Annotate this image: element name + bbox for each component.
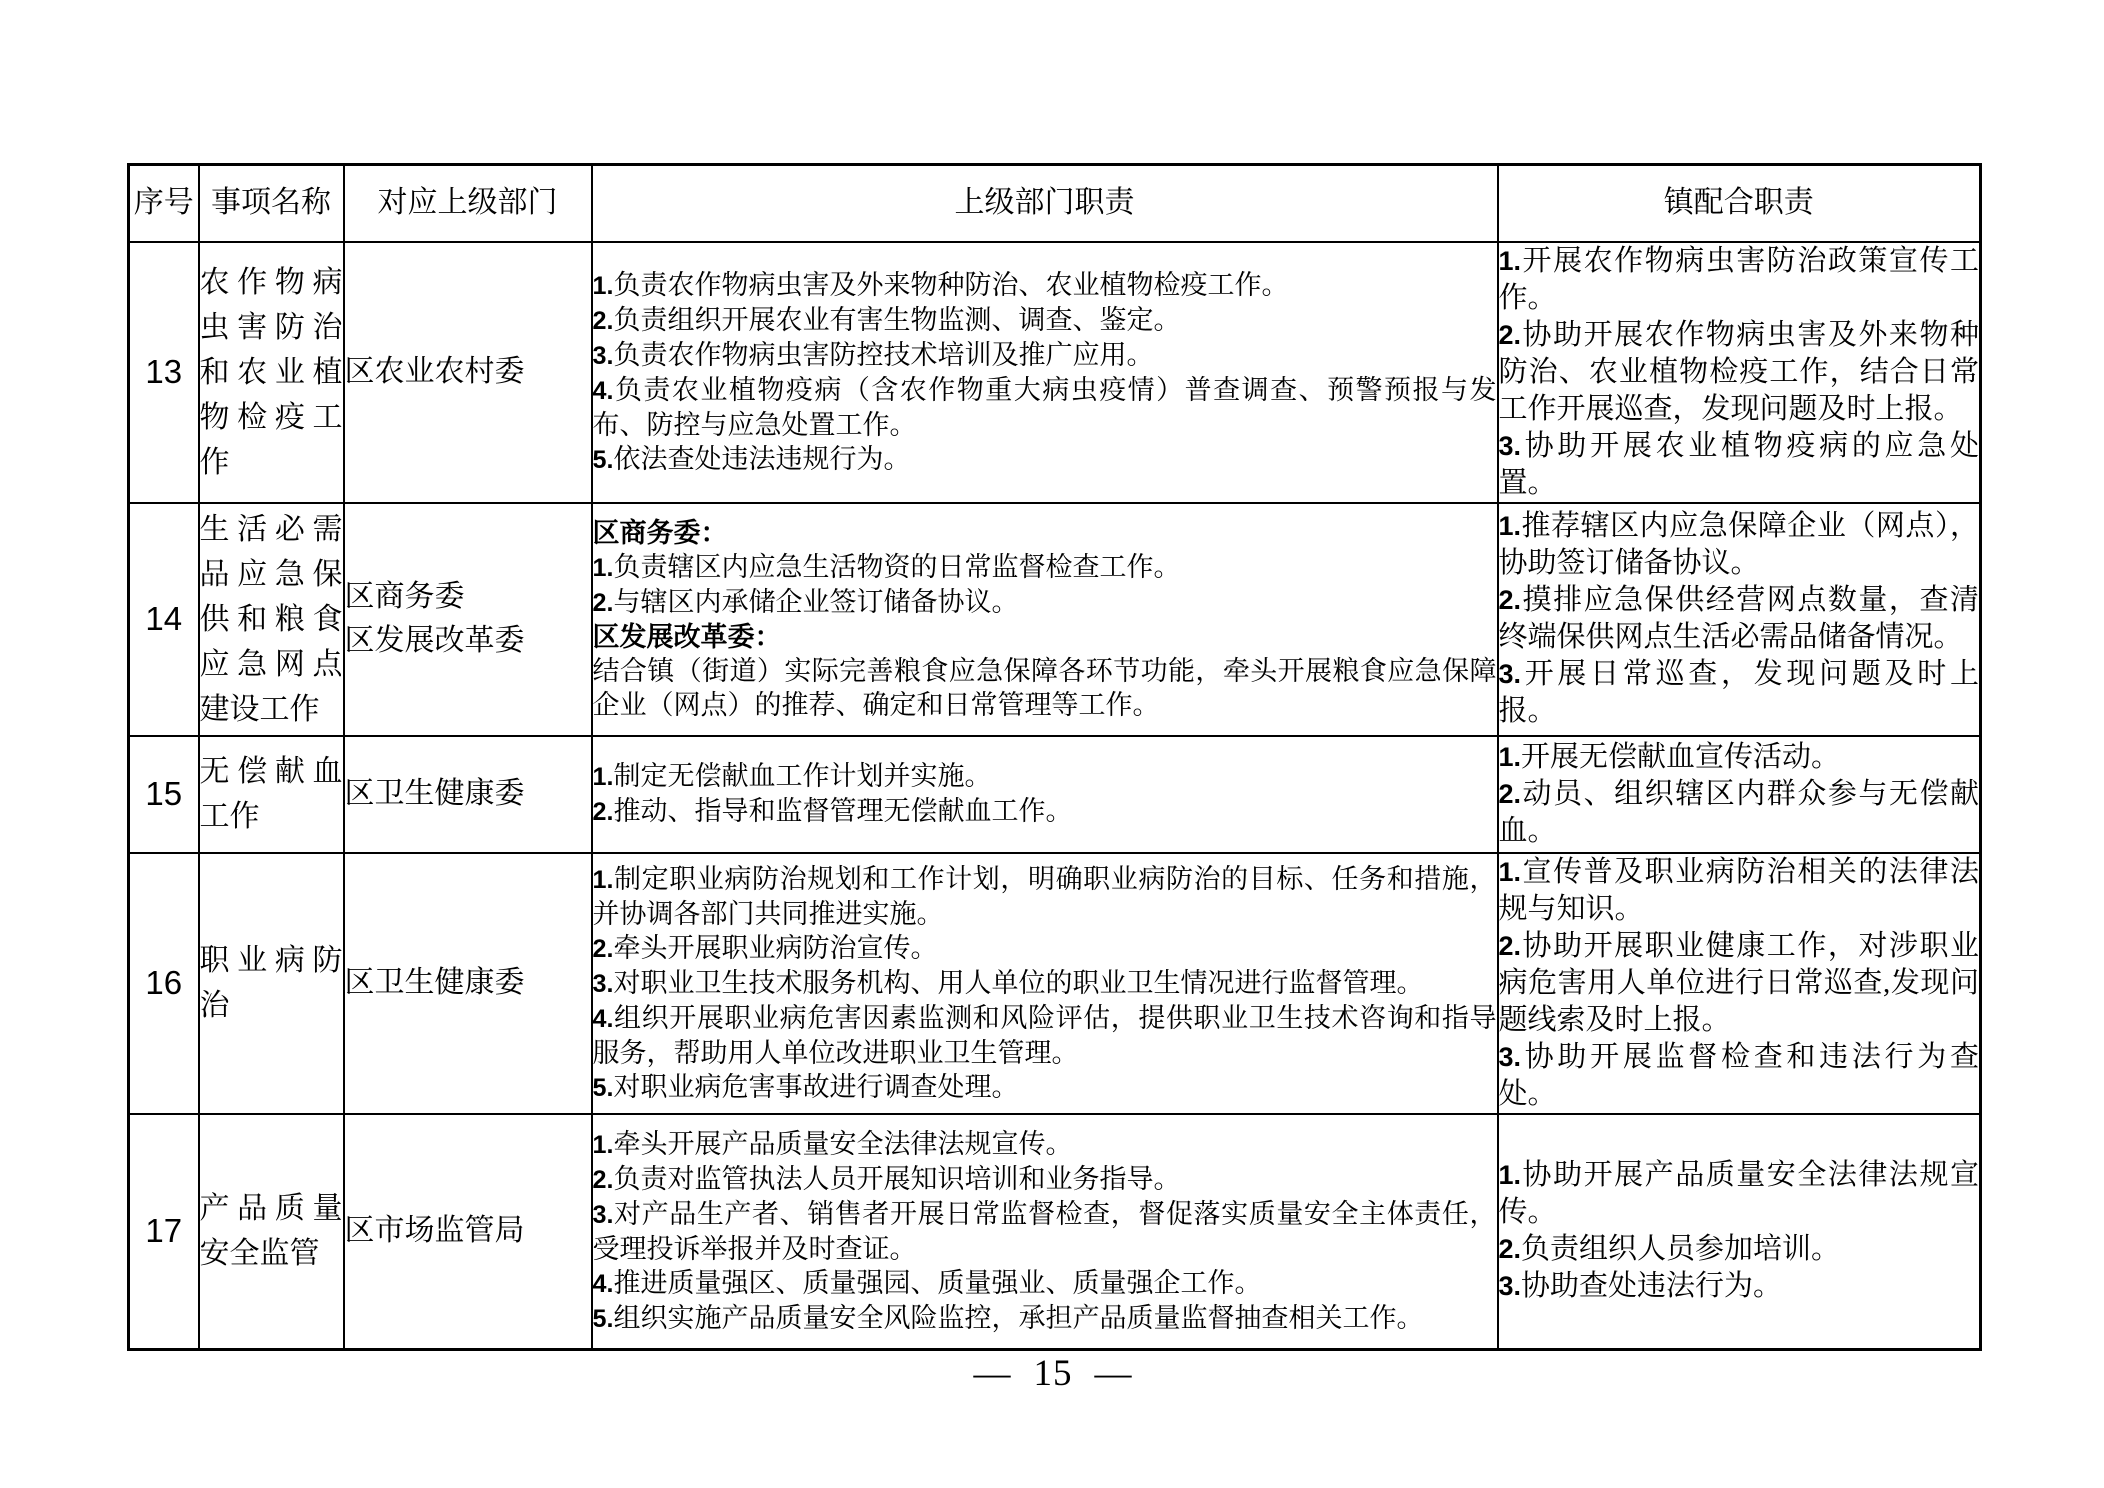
- duty-heading: 区发展改革委：: [593, 620, 1497, 654]
- town-duties-cell: 1.协助开展产品质量安全法律法规宣传。2.负责组织人员参加培训。3.协助查处违法…: [1498, 1114, 1981, 1350]
- responsibility-table: 序号 事项名称 对应上级部门 上级部门职责 镇配合职责 13农作物病虫害防治和农…: [127, 163, 1982, 1351]
- superior-duties-cell: 1.制定无偿献血工作计划并实施。2.推动、指导和监督管理无偿献血工作。: [592, 736, 1498, 853]
- duty-item: 1.负责农作物病虫害及外来物种防治、农业植物检疫工作。: [593, 268, 1497, 303]
- table-row: 15无偿献血工作区卫生健康委1.制定无偿献血工作计划并实施。2.推动、指导和监督…: [129, 736, 1981, 853]
- duty-item-number: 3.: [1499, 659, 1522, 689]
- superior-department: 区卫生健康委: [345, 772, 591, 816]
- duty-item: 4.组织开展职业病危害因素监测和风险评估，提供职业卫生技术咨询和指导服务，帮助用…: [593, 1001, 1497, 1070]
- superior-duties-cell: 1.牵头开展产品质量安全法律法规宣传。2.负责对监管执法人员开展知识培训和业务指…: [592, 1114, 1498, 1350]
- duty-item: 3.协助开展农业植物疫病的应急处置。: [1499, 428, 1980, 502]
- item-name-cell: 无偿献血工作: [199, 736, 344, 853]
- duty-item-number: 1.: [593, 272, 614, 300]
- table-row: 17产品质量安全监管区市场监管局1.牵头开展产品质量安全法律法规宣传。2.负责对…: [129, 1114, 1981, 1350]
- header-row: 序号 事项名称 对应上级部门 上级部门职责 镇配合职责: [129, 165, 1981, 242]
- footer-right-dash: —: [1095, 1353, 1133, 1394]
- town-duties-cell: 1.推荐辖区内应急保障企业（网点），协助签订储备协议。2.摸排应急保供经营网点数…: [1498, 503, 1981, 736]
- duty-item: 2.协助开展职业健康工作，对涉职业病危害用人单位进行日常巡查,发现问题线索及时上…: [1499, 928, 1980, 1039]
- duty-item: 3.开展日常巡查，发现问题及时上报。: [1499, 656, 1980, 730]
- duty-item-number: 3.: [1499, 1042, 1522, 1072]
- row-serial-number: 13: [129, 242, 199, 503]
- superior-department-cell: 区农业农村委: [344, 242, 592, 503]
- header-cell-superior-department: 对应上级部门: [344, 165, 592, 242]
- superior-duties-cell: 1.制定职业病防治规划和工作计划，明确职业病防治的目标、任务和措施，并协调各部门…: [592, 853, 1498, 1114]
- duty-item-number: 2.: [593, 589, 614, 617]
- item-name-cell: 农作物病虫害防治和农业植物检疫工作: [199, 242, 344, 503]
- item-name: 农作物病虫害防治和农业植物检疫工作: [200, 260, 343, 485]
- duty-item-number: 3.: [593, 1201, 614, 1229]
- superior-duties-cell: 1.负责农作物病虫害及外来物种防治、农业植物检疫工作。2.负责组织开展农业有害生…: [592, 242, 1498, 503]
- duty-item-number: 3.: [1499, 431, 1522, 461]
- item-name: 产品质量安全监管: [200, 1186, 343, 1276]
- duty-item-number: 4.: [593, 377, 614, 405]
- duty-item-number: 1.: [1499, 511, 1522, 541]
- duty-item: 3.对产品生产者、销售者开展日常监督检查，督促落实质量安全主体责任，受理投诉举报…: [593, 1197, 1497, 1266]
- duty-item-number: 1.: [593, 763, 614, 791]
- header-cell-town-duties: 镇配合职责: [1498, 165, 1981, 242]
- duty-item-number: 3.: [1499, 1271, 1522, 1301]
- duty-item: 4.推进质量强区、质量强园、质量强业、质量强企工作。: [593, 1266, 1497, 1301]
- duty-item: 2.负责组织开展农业有害生物监测、调查、鉴定。: [593, 303, 1497, 338]
- superior-department: 区发展改革委: [345, 619, 591, 663]
- duty-item-number: 5.: [593, 1305, 614, 1333]
- duty-item-number: 1.: [1499, 742, 1522, 772]
- table-row: 16职业病防治区卫生健康委1.制定职业病防治规划和工作计划，明确职业病防治的目标…: [129, 853, 1981, 1114]
- duty-item: 2.协助开展农作物病虫害及外来物种防治、农业植物检疫工作，结合日常工作开展巡查，…: [1499, 317, 1980, 428]
- page-footer: —15—: [127, 1352, 1979, 1395]
- superior-department: 区商务委: [345, 575, 591, 619]
- table-header: 序号 事项名称 对应上级部门 上级部门职责 镇配合职责: [129, 165, 1981, 242]
- item-name: 无偿献血工作: [200, 749, 343, 839]
- footer-left-dash: —: [974, 1353, 1012, 1394]
- duty-item-number: 2.: [1499, 931, 1522, 961]
- duty-item-number: 1.: [593, 866, 614, 894]
- duty-item-number: 1.: [593, 554, 614, 582]
- header-cell-superior-duties: 上级部门职责: [592, 165, 1498, 242]
- superior-department: 区市场监管局: [345, 1209, 591, 1253]
- duty-item: 2.与辖区内承储企业签订储备协议。: [593, 585, 1497, 620]
- duty-item: 1.负责辖区内应急生活物资的日常监督检查工作。: [593, 550, 1497, 585]
- duty-item-number: 2.: [1499, 320, 1522, 350]
- duty-item: 1.制定职业病防治规划和工作计划，明确职业病防治的目标、任务和措施，并协调各部门…: [593, 862, 1497, 931]
- duty-item-number: 1.: [1499, 246, 1522, 276]
- superior-department-cell: 区市场监管局: [344, 1114, 592, 1350]
- table-row: 13农作物病虫害防治和农业植物检疫工作区农业农村委1.负责农作物病虫害及外来物种…: [129, 242, 1981, 503]
- item-name-cell: 生活必需品应急保供和粮食应急网点建设工作: [199, 503, 344, 736]
- superior-department-cell: 区卫生健康委: [344, 736, 592, 853]
- duty-item-number: 5.: [593, 1074, 614, 1102]
- row-serial-number: 15: [129, 736, 199, 853]
- duty-item-number: 2.: [593, 1166, 614, 1194]
- duty-item: 1.宣传普及职业病防治相关的法律法规与知识。: [1499, 854, 1980, 928]
- duty-item: 5.依法查处违法违规行为。: [593, 442, 1497, 477]
- document-page: 序号 事项名称 对应上级部门 上级部门职责 镇配合职责 13农作物病虫害防治和农…: [0, 0, 2104, 1488]
- town-duties-cell: 1.宣传普及职业病防治相关的法律法规与知识。2.协助开展职业健康工作，对涉职业病…: [1498, 853, 1981, 1114]
- duty-item: 1.开展农作物病虫害防治政策宣传工作。: [1499, 243, 1980, 317]
- superior-department: 区农业农村委: [345, 350, 591, 394]
- duty-item-number: 4.: [593, 1270, 614, 1298]
- duty-item: 1.牵头开展产品质量安全法律法规宣传。: [593, 1127, 1497, 1162]
- town-duties-cell: 1.开展农作物病虫害防治政策宣传工作。2.协助开展农作物病虫害及外来物种防治、农…: [1498, 242, 1981, 503]
- duty-item-number: 1.: [1499, 1160, 1522, 1190]
- duty-item: 1.开展无偿献血宣传活动。: [1499, 739, 1980, 776]
- superior-duties-cell: 区商务委：1.负责辖区内应急生活物资的日常监督检查工作。2.与辖区内承储企业签订…: [592, 503, 1498, 736]
- item-name-cell: 职业病防治: [199, 853, 344, 1114]
- duty-item: 2.负责对监管执法人员开展知识培训和业务指导。: [593, 1162, 1497, 1197]
- item-name: 职业病防治: [200, 938, 343, 1028]
- superior-department: 区卫生健康委: [345, 961, 591, 1005]
- header-cell-serial-number: 序号: [129, 165, 199, 242]
- duty-item-number: 3.: [593, 970, 614, 998]
- duty-item-number: 2.: [593, 798, 614, 826]
- duty-item-number: 5.: [593, 446, 614, 474]
- duty-item: 5.组织实施产品质量安全风险监控，承担产品质量监督抽查相关工作。: [593, 1301, 1497, 1336]
- duty-item: 3.对职业卫生技术服务机构、用人单位的职业卫生情况进行监督管理。: [593, 966, 1497, 1001]
- duty-item-number: 3.: [593, 342, 614, 370]
- duty-item: 2.动员、组织辖区内群众参与无偿献血。: [1499, 776, 1980, 850]
- duty-item: 2.牵头开展职业病防治宣传。: [593, 931, 1497, 966]
- duty-item-number: 1.: [1499, 857, 1522, 887]
- duty-item: 结合镇（街道）实际完善粮食应急保障各环节功能，牵头开展粮食应急保障企业（网点）的…: [593, 654, 1497, 722]
- duty-item-number: 1.: [593, 1131, 614, 1159]
- duty-item: 5.对职业病危害事故进行调查处理。: [593, 1070, 1497, 1105]
- duty-item: 4.负责农业植物疫病（含农作物重大病虫疫情）普查调查、预警预报与发布、防控与应急…: [593, 373, 1497, 442]
- row-serial-number: 16: [129, 853, 199, 1114]
- duty-item: 1.制定无偿献血工作计划并实施。: [593, 759, 1497, 794]
- table-body: 13农作物病虫害防治和农业植物检疫工作区农业农村委1.负责农作物病虫害及外来物种…: [129, 242, 1981, 1350]
- duty-item: 1.推荐辖区内应急保障企业（网点），协助签订储备协议。: [1499, 508, 1980, 582]
- duty-item-number: 2.: [593, 307, 614, 335]
- header-cell-item-name: 事项名称: [199, 165, 344, 242]
- town-duties-cell: 1.开展无偿献血宣传活动。2.动员、组织辖区内群众参与无偿献血。: [1498, 736, 1981, 853]
- duty-item: 2.摸排应急保供经营网点数量，查清终端保供网点生活必需品储备情况。: [1499, 582, 1980, 656]
- duty-item-number: 4.: [593, 1005, 614, 1033]
- duty-item: 1.协助开展产品质量安全法律法规宣传。: [1499, 1157, 1980, 1231]
- duty-item: 3.协助查处违法行为。: [1499, 1268, 1980, 1305]
- duty-item: 2.推动、指导和监督管理无偿献血工作。: [593, 794, 1497, 829]
- duty-item: 2.负责组织人员参加培训。: [1499, 1231, 1980, 1268]
- duty-item-number: 2.: [1499, 779, 1522, 809]
- duty-item-number: 2.: [593, 935, 614, 963]
- item-name-cell: 产品质量安全监管: [199, 1114, 344, 1350]
- page-number: 15: [1034, 1353, 1073, 1394]
- duty-heading: 区商务委：: [593, 516, 1497, 550]
- duty-item: 3.负责农作物病虫害防控技术培训及推广应用。: [593, 338, 1497, 373]
- item-name: 生活必需品应急保供和粮食应急网点建设工作: [200, 507, 343, 732]
- superior-department-cell: 区卫生健康委: [344, 853, 592, 1114]
- superior-department-cell: 区商务委区发展改革委: [344, 503, 592, 736]
- duty-item-number: 2.: [1499, 1234, 1522, 1264]
- duty-item: 3.协助开展监督检查和违法行为查处。: [1499, 1039, 1980, 1113]
- row-serial-number: 14: [129, 503, 199, 736]
- table-row: 14生活必需品应急保供和粮食应急网点建设工作区商务委区发展改革委区商务委：1.负…: [129, 503, 1981, 736]
- row-serial-number: 17: [129, 1114, 199, 1350]
- duty-item-number: 2.: [1499, 585, 1522, 615]
